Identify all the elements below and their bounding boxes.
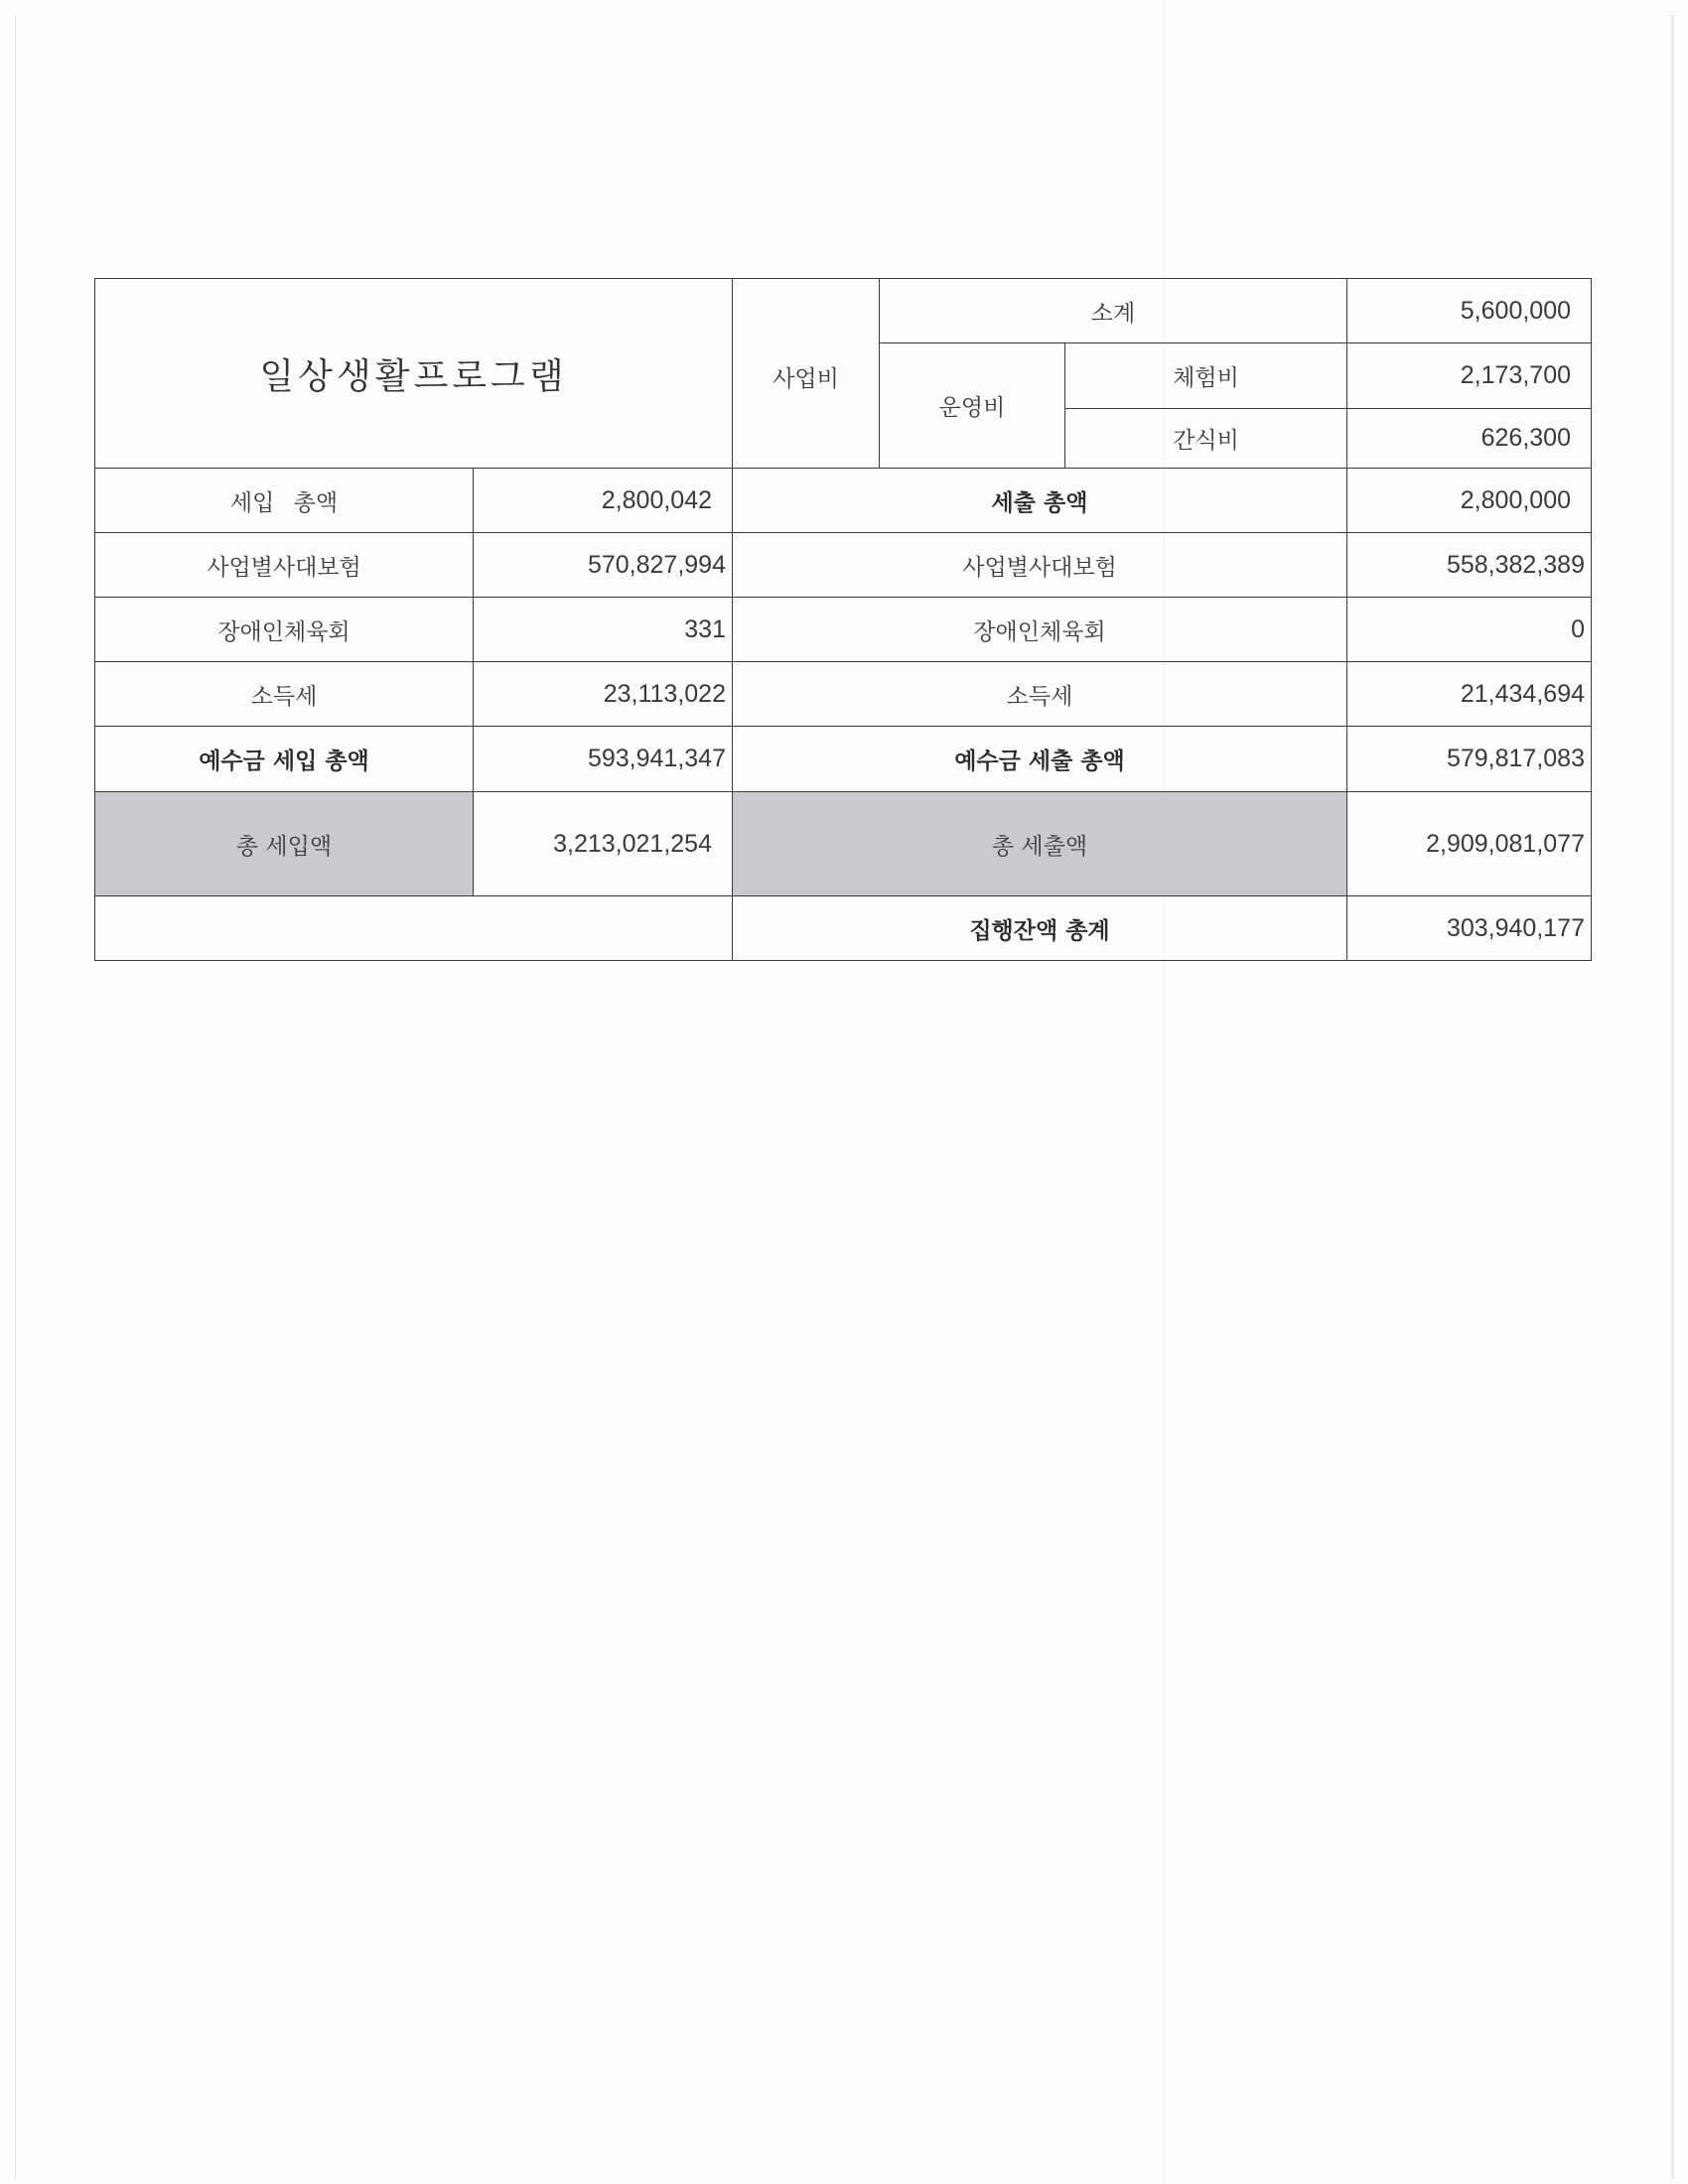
income-value: 570,827,994 bbox=[473, 532, 733, 598]
total-expense-label: 총 세출액 bbox=[732, 791, 1347, 896]
income-label: 장애인체육회 bbox=[94, 597, 474, 662]
balance-label: 집행잔액 총계 bbox=[732, 895, 1347, 961]
expense-value: 21,434,694 bbox=[1346, 661, 1592, 727]
expense-label: 세출 총액 bbox=[732, 468, 1347, 533]
income-label: 소득세 bbox=[94, 661, 474, 727]
expense-value: 0 bbox=[1346, 597, 1592, 662]
deposit-expense-value: 579,817,083 bbox=[1346, 726, 1592, 792]
expense-value: 558,382,389 bbox=[1346, 532, 1592, 598]
income-label: 세입 총액 bbox=[94, 468, 474, 533]
deposit-income-label: 예수금 세입 총액 bbox=[94, 726, 474, 792]
subtotal-value: 5,600,000 bbox=[1346, 278, 1592, 343]
expense-label: 장애인체육회 bbox=[732, 597, 1347, 662]
deposit-expense-label: 예수금 세출 총액 bbox=[732, 726, 1347, 792]
balance-value: 303,940,177 bbox=[1346, 895, 1592, 961]
balance-empty-cell bbox=[94, 895, 733, 961]
budget-item-value: 2,173,700 bbox=[1346, 342, 1592, 409]
operating-label: 운영비 bbox=[879, 342, 1065, 469]
budget-item-label: 체험비 bbox=[1064, 342, 1347, 409]
page-edge-right bbox=[1671, 15, 1674, 2179]
income-value: 331 bbox=[473, 597, 733, 662]
program-title: 일상생활프로그램 bbox=[94, 278, 733, 469]
budget-item-label: 간식비 bbox=[1064, 408, 1347, 469]
subtotal-label: 소계 bbox=[879, 278, 1347, 343]
income-value: 2,800,042 bbox=[473, 468, 733, 533]
budget-category: 사업비 bbox=[732, 278, 880, 469]
deposit-income-value: 593,941,347 bbox=[473, 726, 733, 792]
total-expense-value: 2,909,081,077 bbox=[1346, 791, 1592, 896]
income-value: 23,113,022 bbox=[473, 661, 733, 727]
budget-item-value: 626,300 bbox=[1346, 408, 1592, 469]
expense-label: 사업별사대보험 bbox=[732, 532, 1347, 598]
expense-label: 소득세 bbox=[732, 661, 1347, 727]
expense-value: 2,800,000 bbox=[1346, 468, 1592, 533]
total-income-value: 3,213,021,254 bbox=[473, 791, 733, 896]
total-income-label: 총 세입액 bbox=[94, 791, 474, 896]
page-edge-left bbox=[15, 15, 16, 2179]
income-label: 사업별사대보험 bbox=[94, 532, 474, 598]
